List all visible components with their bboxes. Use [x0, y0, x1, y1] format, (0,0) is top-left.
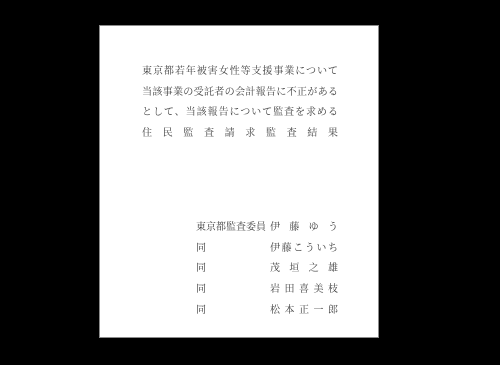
document-title: 東京都若年被害女性等支援事業について 当該事業の受託者の会計報告に不正がある と…	[142, 62, 338, 144]
auditor-name: 伊藤ゆう	[270, 222, 338, 233]
auditor-title-label: 同	[196, 263, 270, 274]
auditor-title-label: 同	[196, 243, 270, 254]
auditor-title-label: 同	[196, 284, 270, 295]
auditor-name: 伊藤こういち	[270, 243, 338, 254]
auditor-name: 岩田喜美枝	[270, 284, 338, 295]
document-page: 東京都若年被害女性等支援事業について 当該事業の受託者の会計報告に不正がある と…	[99, 25, 379, 338]
auditor-title-label: 東京都監査委員	[196, 222, 270, 233]
title-line: 住民監査請求監査結果	[142, 124, 338, 145]
title-line: 当該事業の受託者の会計報告に不正がある	[142, 83, 338, 104]
auditor-name: 松本正一郎	[270, 305, 338, 316]
title-line: として、当該報告について監査を求める	[142, 103, 338, 124]
title-line: 東京都若年被害女性等支援事業について	[142, 62, 338, 83]
document-viewer: 東京都若年被害女性等支援事業について 当該事業の受託者の会計報告に不正がある と…	[0, 0, 500, 365]
committee-list: 東京都監査委員 伊藤ゆう 同 伊藤こういち 同 茂垣之雄 同 岩田喜美枝 同 松…	[196, 222, 340, 325]
committee-row: 同 茂垣之雄	[196, 263, 340, 274]
committee-row: 東京都監査委員 伊藤ゆう	[196, 222, 340, 233]
committee-row: 同 岩田喜美枝	[196, 284, 340, 295]
auditor-name: 茂垣之雄	[270, 263, 338, 274]
auditor-title-label: 同	[196, 305, 270, 316]
committee-row: 同 松本正一郎	[196, 305, 340, 316]
committee-row: 同 伊藤こういち	[196, 243, 340, 254]
